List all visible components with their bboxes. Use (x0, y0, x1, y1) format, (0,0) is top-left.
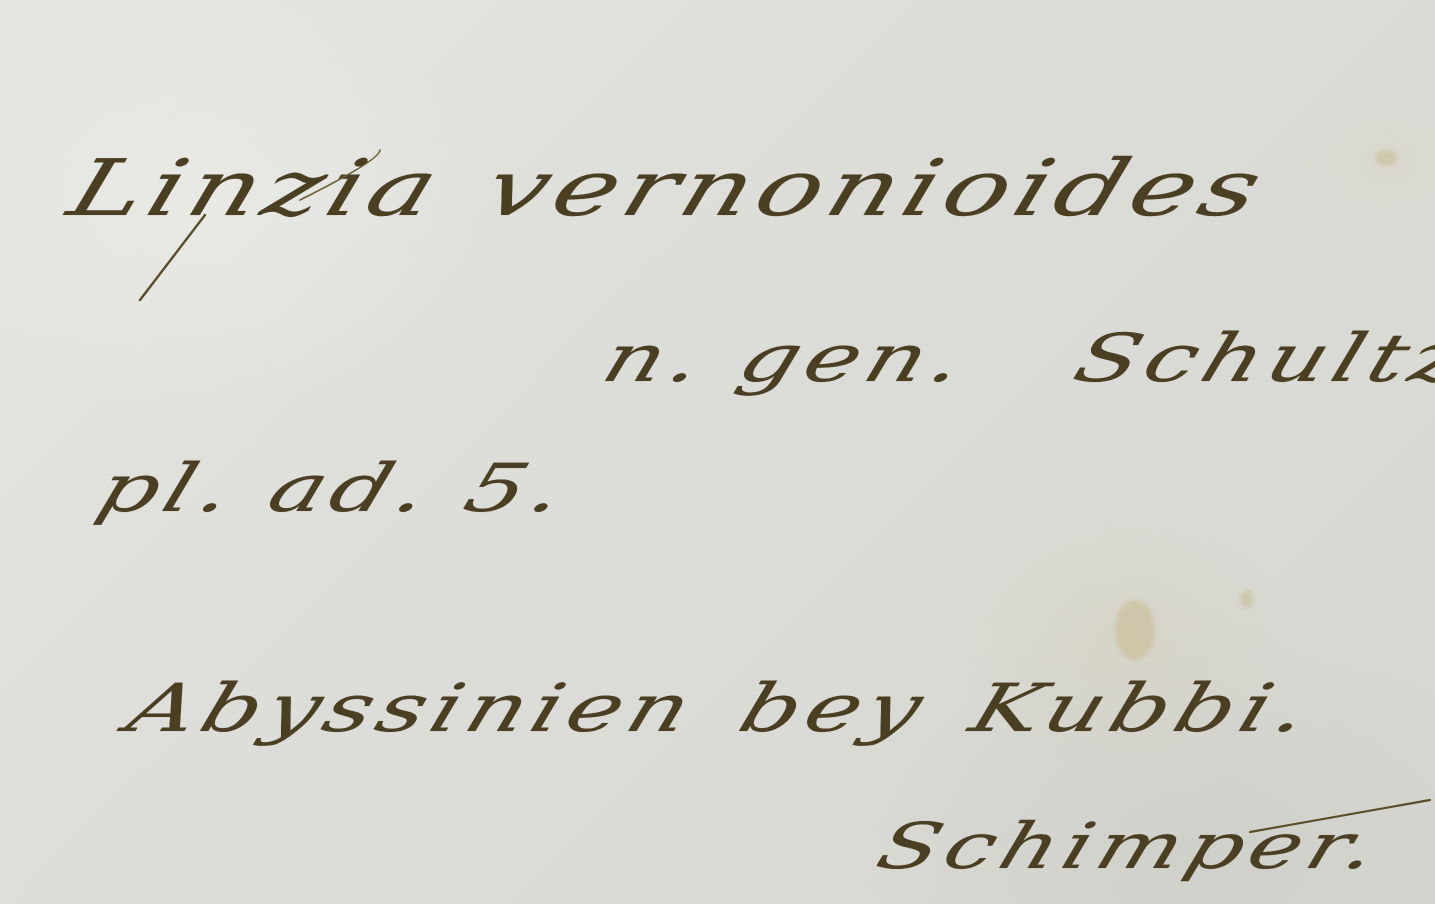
new-genus-note: n. gen. (595, 326, 978, 392)
taxon-name-line: Linziavernonioides (60, 150, 1276, 228)
locality-region: Abyssinien (120, 676, 705, 742)
foxing-stain (1375, 150, 1397, 166)
foxing-stain (1240, 590, 1254, 608)
locality-place: Kubbi. (963, 676, 1323, 742)
plate-reference: pl. ad. 5. (90, 456, 578, 522)
foxing-stain (1115, 600, 1155, 660)
collector-line: Schimper. (870, 815, 1391, 878)
plate-reference-line: pl. ad. 5. (90, 456, 578, 522)
genus-name: Linzia (60, 150, 453, 228)
species-epithet: vernonioides (476, 150, 1277, 228)
author-name: Schultz. (1067, 326, 1435, 392)
collector-name: Schimper. (870, 815, 1391, 878)
locality-preposition: bey (732, 676, 937, 742)
rank-author-line: n. gen.Schultz. (595, 326, 1435, 392)
locality-line: AbyssinienbeyKubbi. (120, 676, 1323, 742)
